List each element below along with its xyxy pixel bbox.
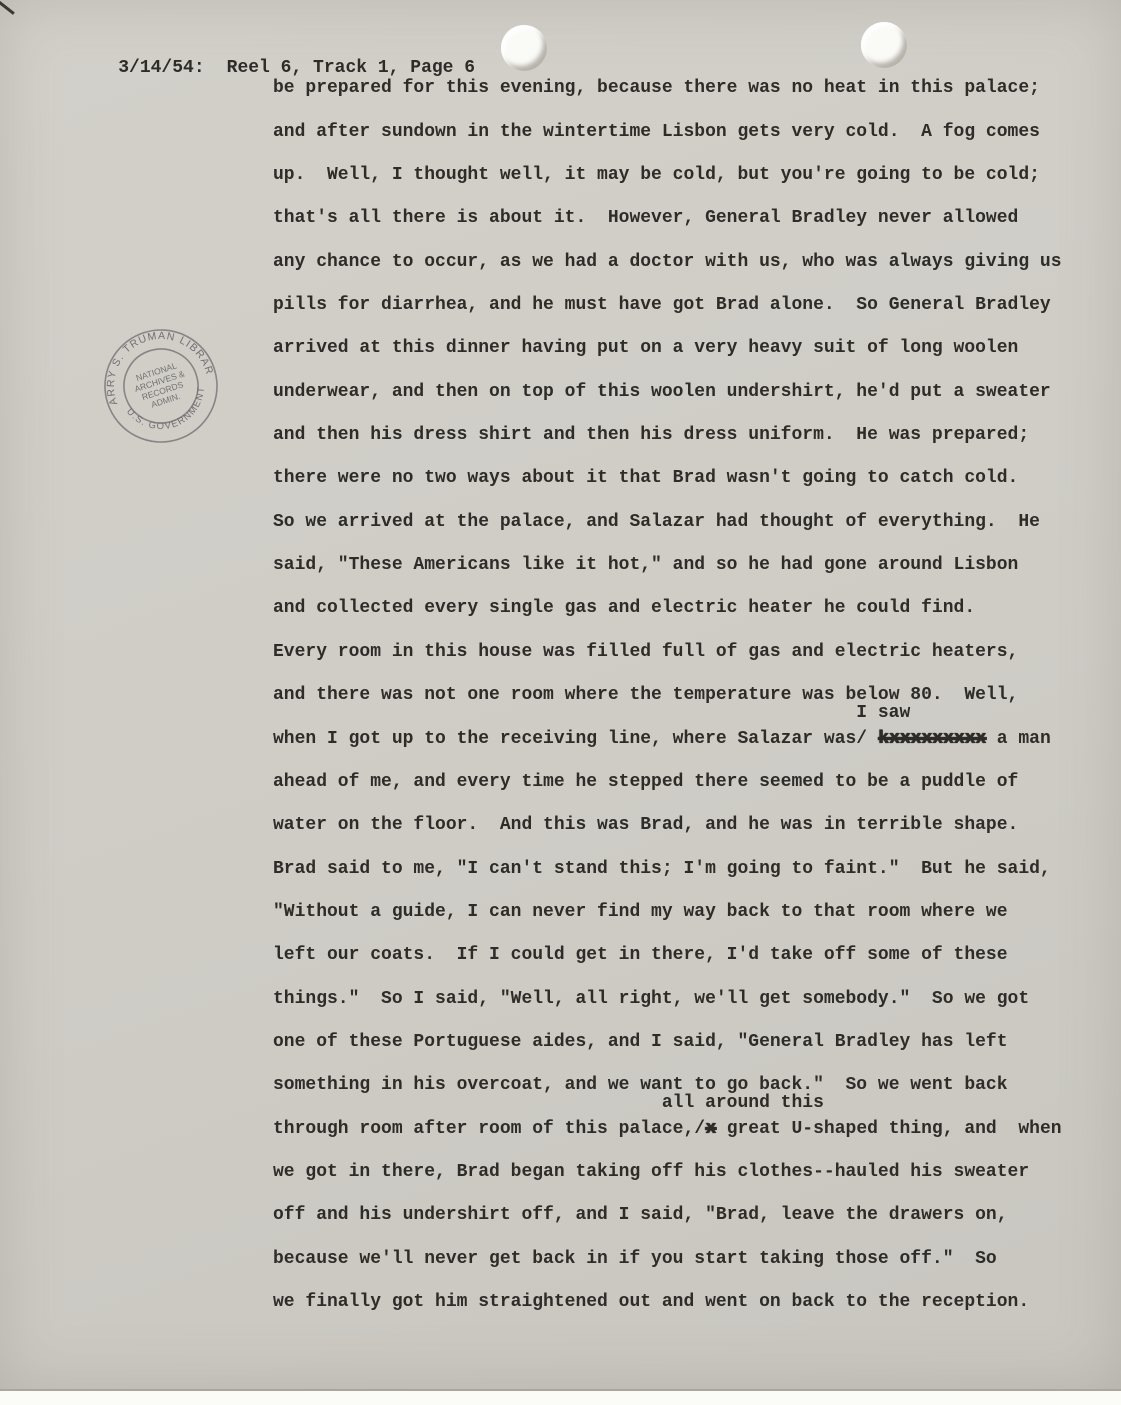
typed-text: and then his dress shirt and then his dr… [273,425,1029,445]
transcript-body: be prepared for this evening, because th… [273,55,1073,1312]
struck-out-text: x [705,1119,716,1139]
typed-line: said, "These Americans like it hot," and… [273,532,1073,575]
typed-text: and collected every single gas and elect… [273,598,975,618]
typed-line: that's all there is about it. However, G… [273,185,1073,228]
typed-text: things." So I said, "Well, all right, we… [273,989,1029,1009]
typed-text: underwear, and then on top of this woole… [273,382,1051,402]
typed-text: Every room in this house was filled full… [273,642,1018,662]
typed-line: "Without a guide, I can never find my wa… [273,879,1073,922]
typed-line: left our coats. If I could get in there,… [273,922,1073,965]
typed-text: a man [986,729,1051,749]
typed-line: water on the floor. And this was Brad, a… [273,792,1073,835]
typed-line: Every room in this house was filled full… [273,618,1073,661]
typed-line: arrived at this dinner having put on a v… [273,315,1073,358]
typed-text: that's all there is about it. However, G… [273,208,1018,228]
typed-line: and then his dress shirt and then his dr… [273,402,1073,445]
typed-line: something in his overcoat, and we want t… [273,1052,1073,1095]
typed-text: Brad said to me, "I can't stand this; I'… [273,859,1051,879]
typed-line: and collected every single gas and elect… [273,575,1073,618]
typed-line: off and his undershirt off, and I said, … [273,1182,1073,1225]
typed-line: through room after room of this palace,/… [273,1095,1073,1138]
typed-text: something in his overcoat, and we want t… [273,1075,1008,1095]
typed-text: "Without a guide, I can never find my wa… [273,902,1008,922]
typed-line: So we arrived at the palace, and Salazar… [273,488,1073,531]
typed-text: when I got up to the receiving line, whe… [273,729,878,749]
typed-line: we finally got him straightened out and … [273,1269,1073,1312]
typed-line: when I got up to the receiving line, whe… [273,705,1073,748]
struck-out-text: kxxxxxxxxx [878,729,986,749]
document-scan: 3/14/54:Reel 6, Track 1, Page 6 HARRY S.… [0,0,1121,1405]
typed-text: be prepared for this evening, because th… [273,78,1040,98]
typed-text: we finally got him straightened out and … [273,1292,1029,1312]
typed-line: because we'll never get back in if you s… [273,1225,1073,1268]
typed-insertion: all around this [662,1093,824,1113]
typed-line: underwear, and then on top of this woole… [273,358,1073,401]
typed-line: things." So I said, "Well, all right, we… [273,965,1073,1008]
typed-text: great U-shaped thing, and when [716,1119,1062,1139]
typed-text: because we'll never get back in if you s… [273,1249,997,1269]
typed-text: any chance to occur, as we had a doctor … [273,252,1062,272]
typed-text: left our coats. If I could get in there,… [273,945,1008,965]
typed-line: ahead of me, and every time he stepped t… [273,749,1073,792]
typed-text: arrived at this dinner having put on a v… [273,338,1018,358]
typed-text: ahead of me, and every time he stepped t… [273,772,1018,792]
typed-text: So we arrived at the palace, and Salazar… [273,512,1040,532]
typed-line: and there was not one room where the tem… [273,662,1073,705]
typed-text: there were no two ways about it that Bra… [273,468,1018,488]
typed-text: up. Well, I thought well, it may be cold… [273,165,1040,185]
typed-line: any chance to occur, as we had a doctor … [273,228,1073,271]
typed-insertion: I saw [856,703,910,723]
typed-text: we got in there, Brad began taking off h… [273,1162,1029,1182]
typed-line: there were no two ways about it that Bra… [273,445,1073,488]
typed-line: be prepared for this evening, because th… [273,55,1073,98]
typed-text: water on the floor. And this was Brad, a… [273,815,1018,835]
typed-text: through room after room of this palace,/ [273,1119,705,1139]
typed-text: off and his undershirt off, and I said, … [273,1205,1008,1225]
header-date: 3/14/54: [118,58,204,78]
typed-line: we got in there, Brad began taking off h… [273,1139,1073,1182]
typed-line: up. Well, I thought well, it may be cold… [273,142,1073,185]
typed-text: pills for diarrhea, and he must have got… [273,295,1051,315]
typed-line: pills for diarrhea, and he must have got… [273,272,1073,315]
typed-line: Brad said to me, "I can't stand this; I'… [273,835,1073,878]
typed-text: said, "These Americans like it hot," and… [273,555,1018,575]
typed-text: one of these Portuguese aides, and I sai… [273,1032,1008,1052]
typed-text: and after sundown in the wintertime Lisb… [273,122,1040,142]
typed-line: and after sundown in the wintertime Lisb… [273,98,1073,141]
typed-line: one of these Portuguese aides, and I sai… [273,1009,1073,1052]
